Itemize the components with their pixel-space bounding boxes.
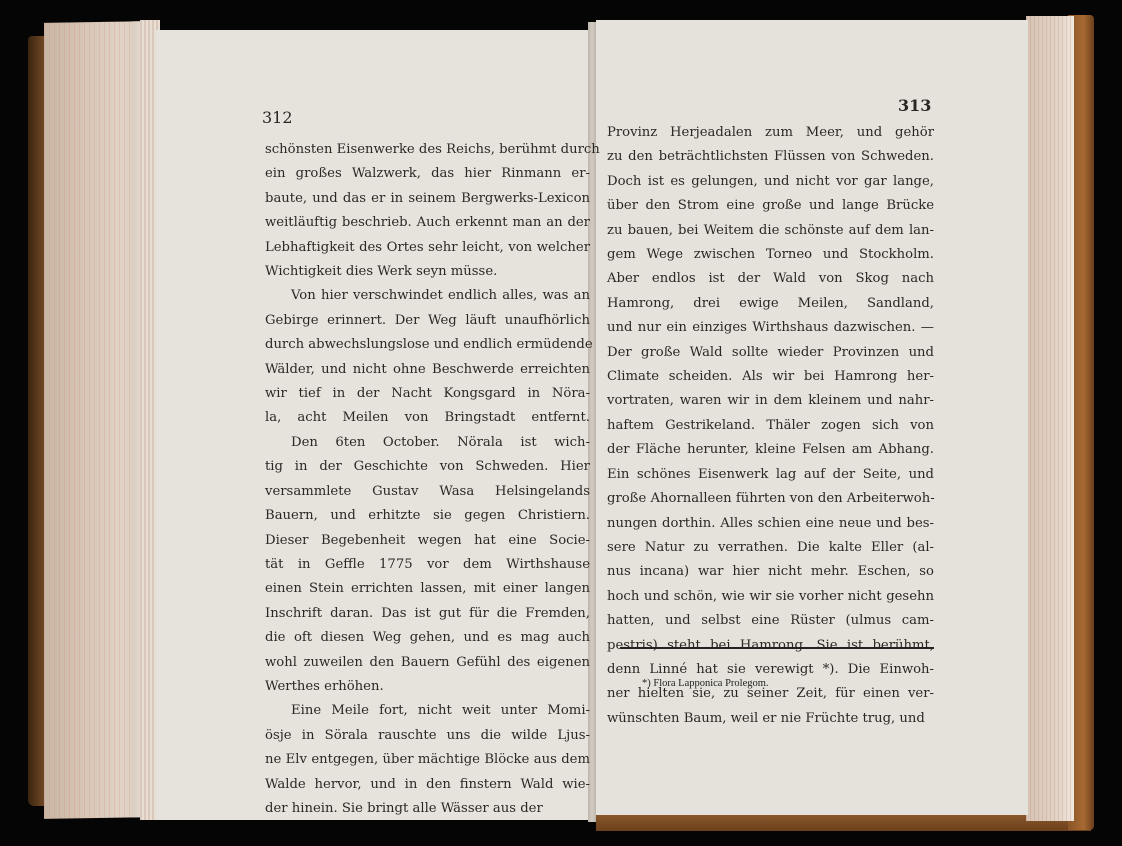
text-line: hoch und schön, wie wir sie vorher nicht… bbox=[607, 585, 934, 609]
text-line: Bauern, und erhitzte sie gegen Christier… bbox=[265, 504, 590, 528]
text-line: nungen dorthin. Alles schien eine neue u… bbox=[607, 512, 934, 536]
text-line: hatten, und selbst eine Rüster (ulmus ca… bbox=[607, 609, 934, 633]
text-line: Dieser Begebenheit wegen hat eine Socie- bbox=[265, 529, 590, 553]
text-line: versammlete Gustav Wasa Helsingelands bbox=[265, 480, 590, 504]
text-line: wohl zuweilen den Bauern Gefühl des eige… bbox=[265, 651, 590, 675]
text-line: ösje in Sörala rauschte uns die wilde Lj… bbox=[265, 724, 590, 748]
right-page-text: Provinz Herjeadalen zum Meer, und gehörz… bbox=[607, 121, 934, 731]
text-line: Wälder, und nicht ohne Beschwerde erreic… bbox=[265, 358, 590, 382]
text-line: Den 6ten October. Nörala ist wich- bbox=[265, 431, 590, 455]
right-page-number: 313 bbox=[898, 96, 931, 115]
text-line: wünschten Baum, weil er nie Früchte trug… bbox=[607, 707, 934, 731]
text-line: gem Wege zwischen Torneo und Stockholm. bbox=[607, 243, 934, 267]
text-line: der hinein. Sie bringt alle Wässer aus d… bbox=[265, 797, 590, 821]
text-line: Inschrift daran. Das ist gut für die Fre… bbox=[265, 602, 590, 626]
text-line: Von hier verschwindet endlich alles, was… bbox=[265, 284, 590, 308]
text-line: nus incana) war hier nicht mehr. Eschen,… bbox=[607, 560, 934, 584]
text-line: pestris) steht bei Hamrong. Sie ist berü… bbox=[607, 634, 934, 658]
text-line: Doch ist es gelungen, und nicht vor gar … bbox=[607, 170, 934, 194]
text-line: weitläuftig beschrieb. Auch erkennt man … bbox=[265, 211, 590, 235]
text-line: sere Natur zu verrathen. Die kalte Eller… bbox=[607, 536, 934, 560]
text-line: Walde hervor, und in den finstern Wald w… bbox=[265, 773, 590, 797]
text-line: Aber endlos ist der Wald von Skog nach bbox=[607, 267, 934, 291]
footnote-rule bbox=[620, 647, 934, 649]
text-line: Provinz Herjeadalen zum Meer, und gehör bbox=[607, 121, 934, 145]
text-line: ein großes Walzwerk, das hier Rinmann er… bbox=[265, 162, 590, 186]
text-line: la, acht Meilen von Bringstadt entfernt. bbox=[265, 406, 590, 430]
text-line: Eine Meile fort, nicht weit unter Momi- bbox=[265, 699, 590, 723]
text-line: Hamrong, drei ewige Meilen, Sandland, bbox=[607, 292, 934, 316]
text-line: haftem Gestrikeland. Thäler zogen sich v… bbox=[607, 414, 934, 438]
text-line: wir tief in der Nacht Kongsgard in Nöra- bbox=[265, 382, 590, 406]
text-line: tig in der Geschichte von Schweden. Hier bbox=[265, 455, 590, 479]
text-line: einen Stein errichten lassen, mit einer … bbox=[265, 577, 590, 601]
text-line: schönsten Eisenwerke des Reichs, berühmt… bbox=[265, 138, 590, 162]
text-line: tät in Geffle 1775 vor dem Wirthshause bbox=[265, 553, 590, 577]
page-edges-left bbox=[44, 21, 150, 819]
text-line: Wichtigkeit dies Werk seyn müsse. bbox=[265, 260, 590, 284]
text-line: baute, und das er in seinem Bergwerks-Le… bbox=[265, 187, 590, 211]
text-line: die oft diesen Weg gehen, und es mag auc… bbox=[265, 626, 590, 650]
text-line: durch abwechslungslose und endlich ermüd… bbox=[265, 333, 590, 357]
text-line: Climate scheiden. Als wir bei Hamrong he… bbox=[607, 365, 934, 389]
text-line: zu bauen, bei Weitem die schönste auf de… bbox=[607, 219, 934, 243]
book-cover-bottom bbox=[596, 813, 1091, 831]
text-line: Gebirge erinnert. Der Weg läuft unaufhör… bbox=[265, 309, 590, 333]
text-line: Werthes erhöhen. bbox=[265, 675, 590, 699]
text-line: Ein schönes Eisenwerk lag auf der Seite,… bbox=[607, 463, 934, 487]
text-line: große Ahornalleen führten von den Arbeit… bbox=[607, 487, 934, 511]
text-line: Lebhaftigkeit des Ortes sehr leicht, von… bbox=[265, 236, 590, 260]
page-edges-right bbox=[1026, 16, 1074, 821]
text-line: zu den beträchtlichsten Flüssen von Schw… bbox=[607, 145, 934, 169]
text-line: ne Elv entgegen, über mächtige Blöcke au… bbox=[265, 748, 590, 772]
left-page-number: 312 bbox=[262, 108, 293, 127]
text-line: und nur ein einziges Wirthshaus dazwisch… bbox=[607, 316, 934, 340]
left-page-text: schönsten Eisenwerke des Reichs, berühmt… bbox=[265, 138, 590, 821]
text-line: der Fläche herunter, kleine Felsen am Ab… bbox=[607, 438, 934, 462]
footnote: *) Flora Lapponica Prolegom. bbox=[642, 678, 769, 689]
text-line: vortraten, waren wir in dem kleinem und … bbox=[607, 389, 934, 413]
text-line: Der große Wald sollte wieder Provinzen u… bbox=[607, 341, 934, 365]
text-line: über den Strom eine große und lange Brüc… bbox=[607, 194, 934, 218]
